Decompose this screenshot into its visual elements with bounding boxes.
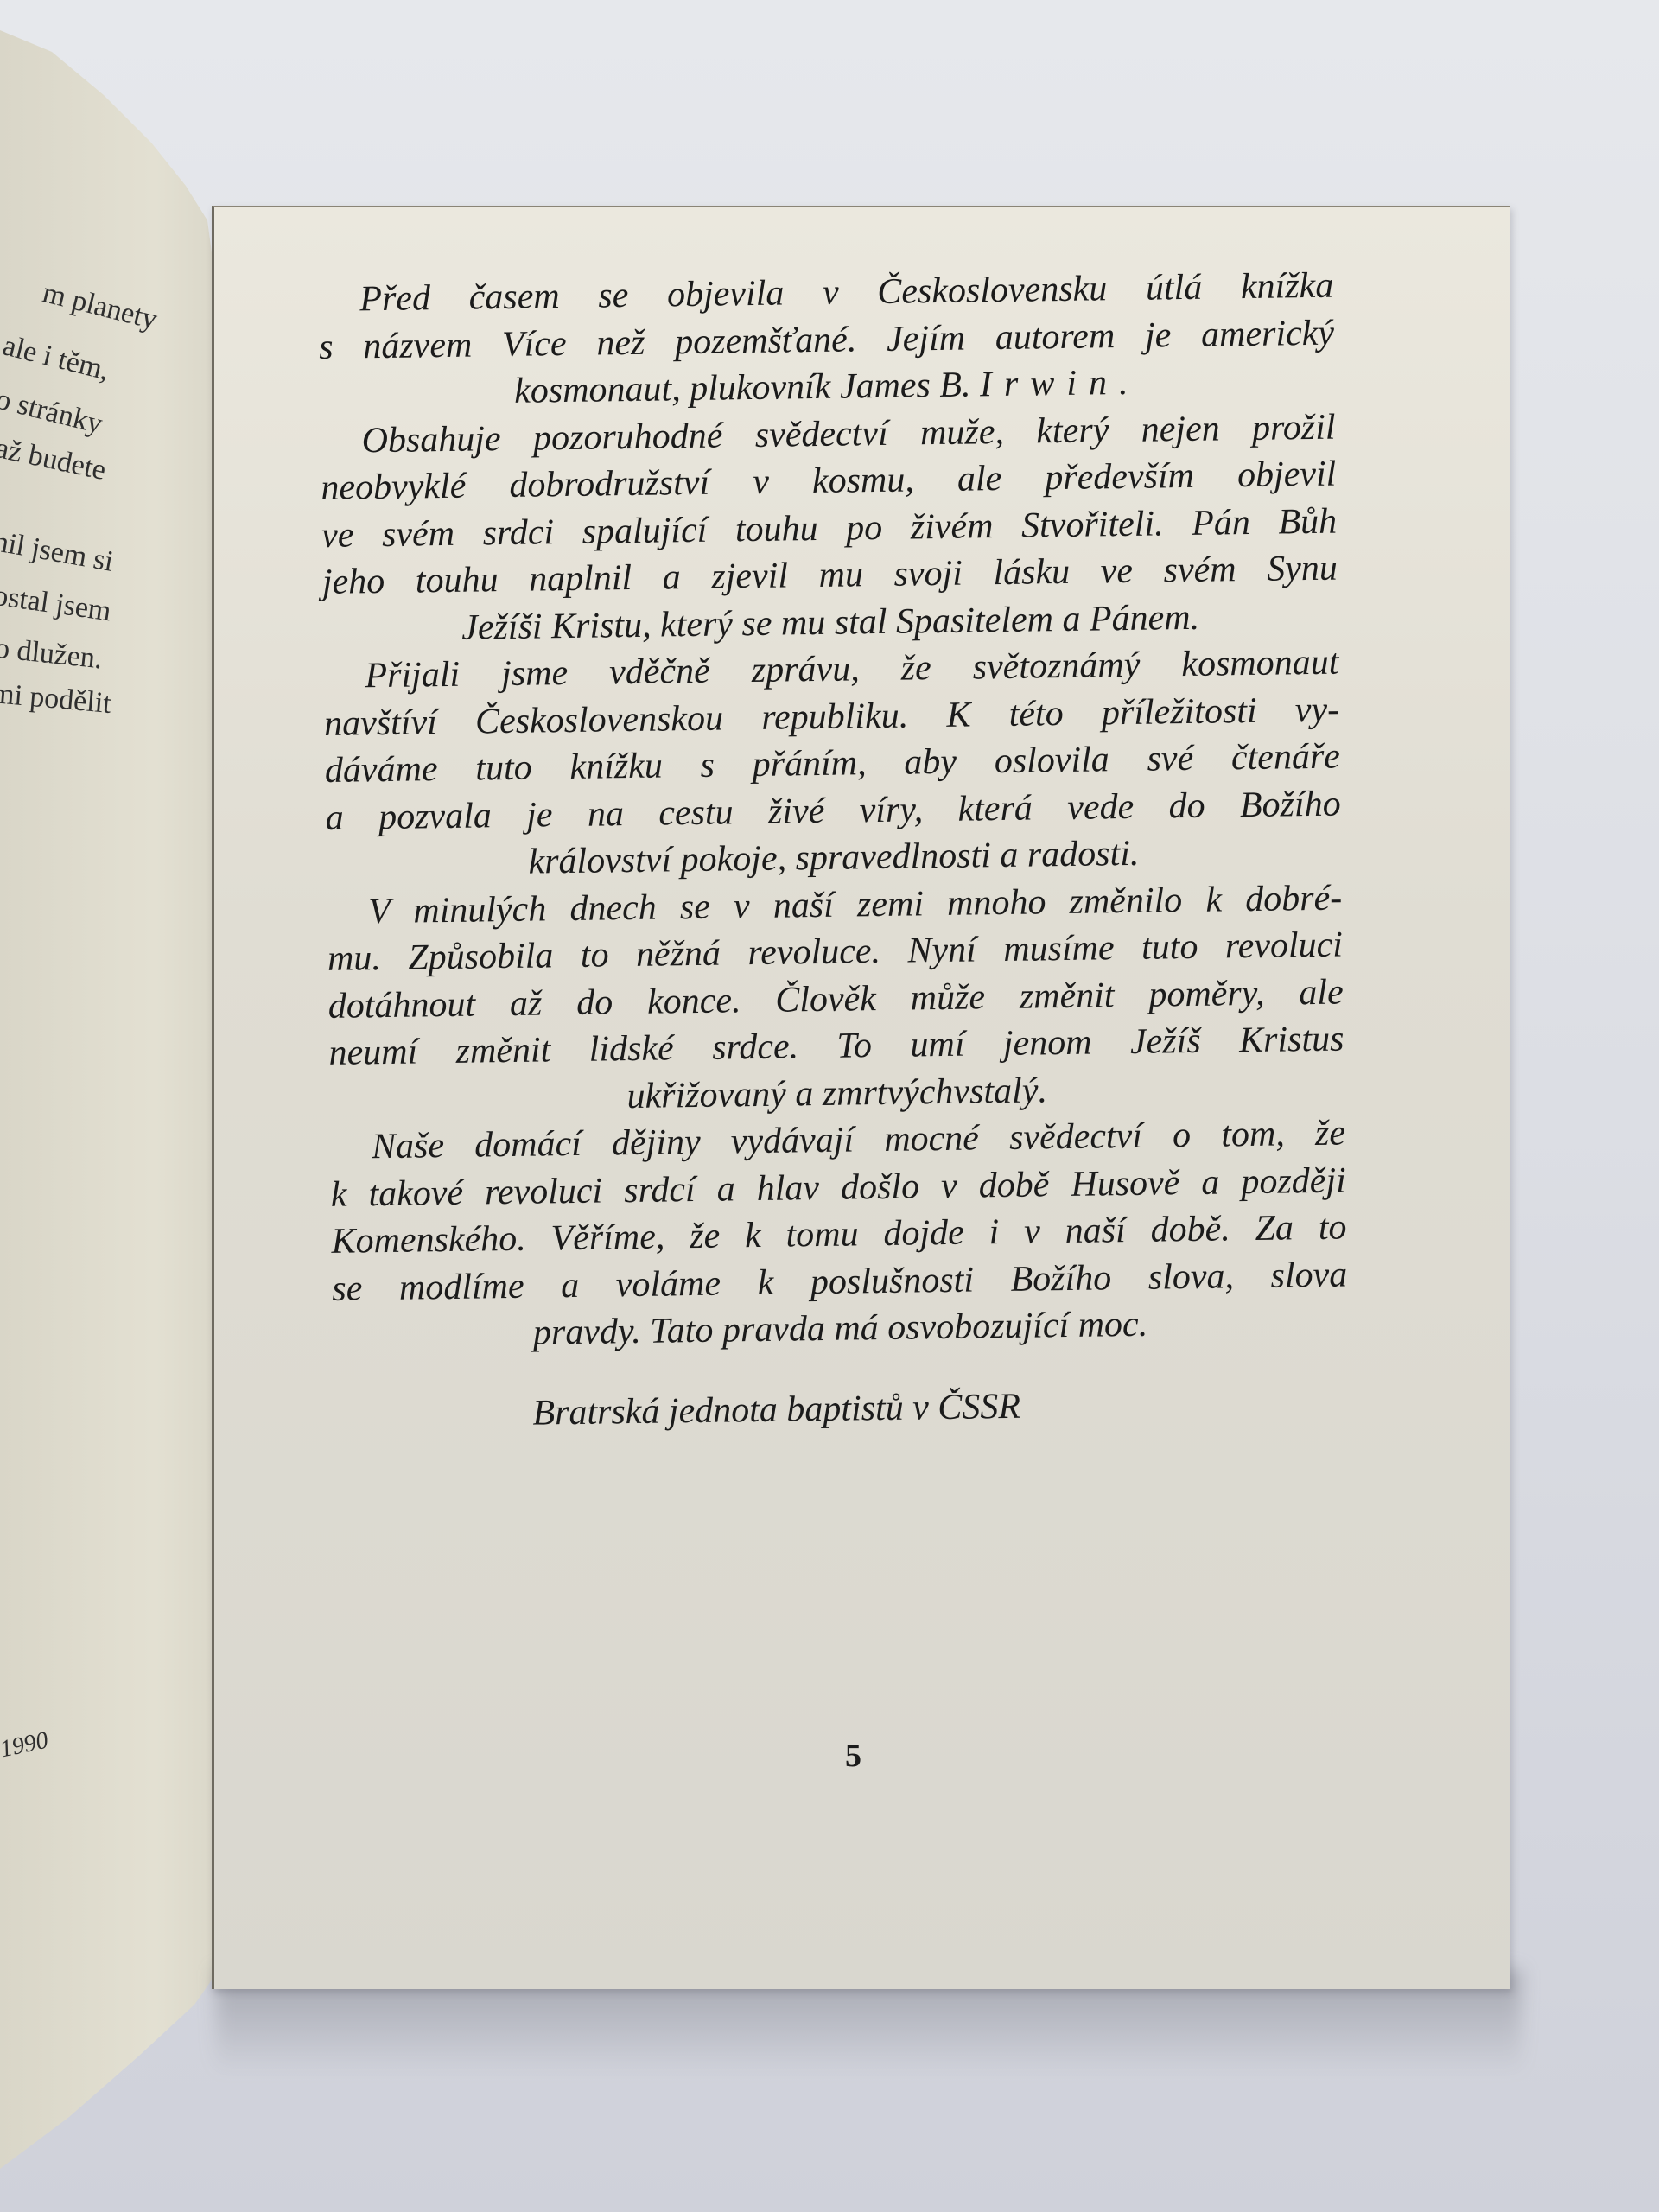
author-name: Irwin. (980, 363, 1141, 405)
left-page-year: 1990 (0, 1728, 50, 1762)
signature: Bratrská jednota baptistů v ČSSR (532, 1382, 1020, 1436)
left-page-fragment: m planety (40, 278, 160, 335)
right-page: Před časem se objevila v Československu … (212, 206, 1510, 1989)
left-page-fragment: nil jsem si (0, 527, 116, 577)
left-page-fragment: ale i těm, (0, 331, 112, 385)
left-page-fragment: o dlužen. (0, 634, 104, 675)
body-text: Před časem se objevila v Československu … (318, 263, 1350, 1438)
left-page-fragment: o stránky (0, 385, 105, 439)
signature-row: Bratrská jednota baptistů v ČSSR (334, 1345, 1350, 1437)
author-intro: kosmonaut, plukovník James B. (514, 365, 971, 410)
page-number: 5 (845, 1737, 861, 1775)
left-page-fragment: mi podělit (0, 679, 112, 719)
left-page-fragment: až budete (0, 434, 108, 486)
left-page-fragment: ostal jsem (0, 582, 113, 627)
